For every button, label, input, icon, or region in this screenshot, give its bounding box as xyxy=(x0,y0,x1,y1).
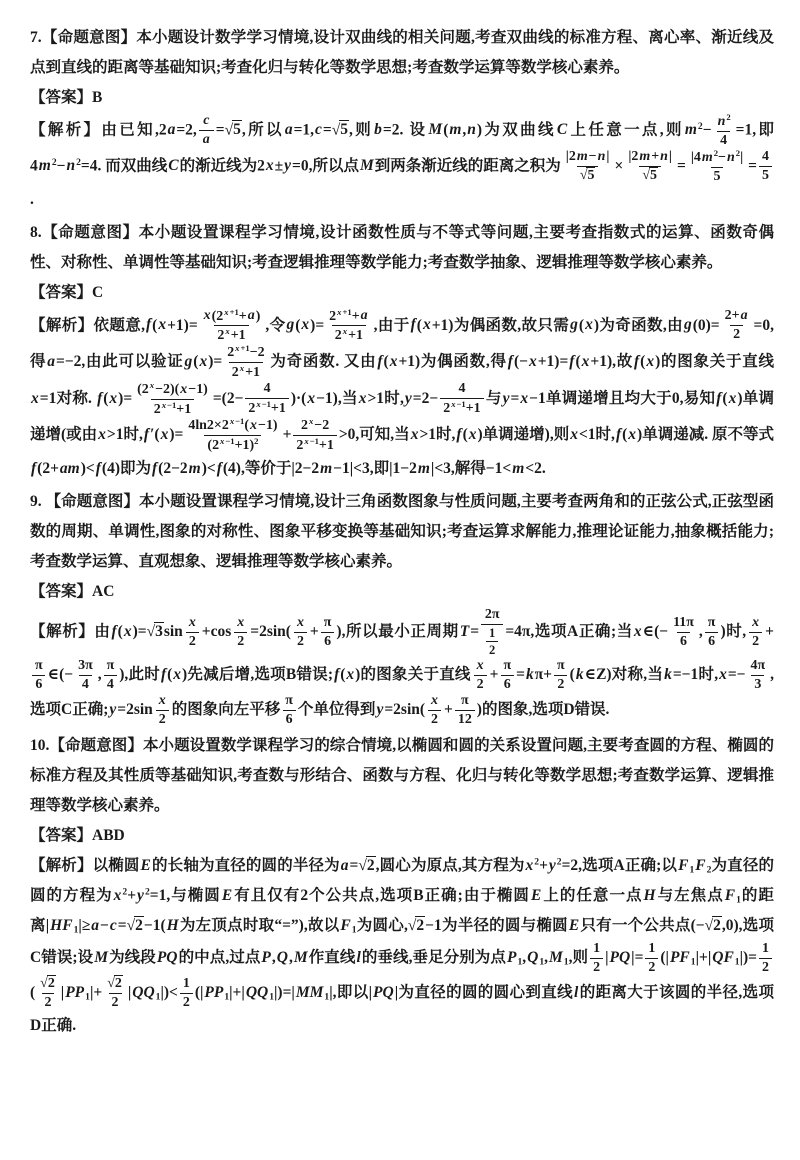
math-variable: M xyxy=(548,949,564,966)
fraction: π6 xyxy=(282,693,296,728)
fraction-denominator: 2 xyxy=(428,710,441,728)
fraction: x2 xyxy=(185,615,200,650)
math-variable: x xyxy=(161,400,167,410)
math-variable: f xyxy=(633,353,640,370)
fraction: 2x+1−22x+1 xyxy=(224,344,267,381)
math-variable: m xyxy=(188,460,202,477)
subscript: 1 xyxy=(736,894,741,905)
sqrt-expression: √2 xyxy=(358,856,375,874)
superscript: 2 xyxy=(736,148,740,158)
math-variable: g xyxy=(569,316,579,333)
math-variable: x xyxy=(203,308,212,323)
math-variable: a xyxy=(284,121,294,138)
math-variable: Q xyxy=(526,949,539,966)
math-variable: f xyxy=(376,353,383,370)
fraction-denominator: 2 xyxy=(474,675,487,693)
radical-icon: √ xyxy=(705,917,713,934)
fraction-numerator: 2π xyxy=(482,607,503,624)
fraction-denominator: 2 xyxy=(730,325,743,343)
fraction-denominator: √5 xyxy=(577,166,599,184)
fraction-numerator: (2x−2)(x−1) xyxy=(134,381,211,399)
fraction-denominator: 2 xyxy=(186,632,199,650)
math-variable: y xyxy=(136,887,145,904)
math-variable: x xyxy=(255,399,261,409)
fraction-denominator: 3 xyxy=(751,675,764,693)
subscript: 1 xyxy=(85,991,90,1002)
fraction: 3π4 xyxy=(75,658,96,693)
math-variable: m xyxy=(701,150,714,165)
fraction: 4π3 xyxy=(748,658,769,693)
math-variable: x xyxy=(296,615,305,630)
math-variable: x xyxy=(123,623,133,640)
radicand: 5 xyxy=(586,167,595,183)
superscript: x−1 xyxy=(450,399,466,409)
math-variable: PQ xyxy=(156,949,179,966)
subscript: 1 xyxy=(691,956,696,967)
fraction: 12 xyxy=(180,976,193,1011)
fraction: π6 xyxy=(705,615,719,650)
math-variable: T xyxy=(459,623,470,640)
fraction-numerator: 2x+1−2 xyxy=(224,344,267,362)
math-variable: y xyxy=(283,157,292,174)
math-variable: x xyxy=(223,307,229,317)
radical-icon: √ xyxy=(642,168,649,183)
radical-icon: √ xyxy=(358,857,366,874)
math-variable: x xyxy=(718,666,728,683)
math-variable: n xyxy=(717,114,727,129)
fraction-denominator: 2x−1+1 xyxy=(245,398,288,417)
math-variable: MM xyxy=(295,984,325,1001)
math-variable: x xyxy=(160,426,170,443)
math-variable: C xyxy=(556,121,568,138)
math-variable: f xyxy=(145,316,152,333)
fraction: |2m−n|√5 xyxy=(563,149,613,184)
math-variable: f xyxy=(216,460,223,477)
math-variable: x xyxy=(633,623,643,640)
fraction-denominator: 6 xyxy=(321,632,334,650)
fraction-numerator: π xyxy=(104,658,118,675)
sqrt-expression: √5 xyxy=(332,120,349,138)
math-variable: m xyxy=(38,157,52,174)
math-variable: x xyxy=(751,615,760,630)
math-variable: a xyxy=(46,353,56,370)
math-variable: f xyxy=(30,460,37,477)
fraction-denominator: 4 xyxy=(79,675,92,693)
math-variable: x xyxy=(219,436,225,446)
math-variable: E xyxy=(568,917,580,934)
superscript: x xyxy=(308,416,314,426)
fraction: 2+a2 xyxy=(722,308,752,343)
math-variable: f xyxy=(507,353,514,370)
sqrt-expression: √3 xyxy=(147,622,164,640)
math-variable: F xyxy=(724,887,736,904)
fraction: n24 xyxy=(714,113,734,149)
fraction-numerator: |2m−n| xyxy=(563,149,613,166)
math-variable: x xyxy=(239,363,245,373)
fraction-numerator: √2 xyxy=(104,976,126,993)
math-variable: f xyxy=(455,426,462,443)
math-variable: m xyxy=(684,121,698,138)
math-variable: x xyxy=(627,426,637,443)
sqrt-expression: √5 xyxy=(642,167,658,183)
fraction-numerator: π xyxy=(32,658,46,675)
superscript: 2 xyxy=(122,887,127,898)
fraction-denominator: 12 xyxy=(455,710,475,728)
math-variable: y xyxy=(548,857,557,874)
math-variable: x xyxy=(306,390,316,407)
math-variable: k xyxy=(525,666,535,683)
fraction-numerator: x xyxy=(473,658,488,675)
fraction-denominator: 5 xyxy=(711,167,724,185)
radicand: 2 xyxy=(114,975,123,991)
math-variable: m xyxy=(319,460,333,477)
subscript: 1 xyxy=(735,956,740,967)
radicand: 3 xyxy=(154,622,164,640)
math-variable: l xyxy=(355,949,361,966)
superscript: x−1 xyxy=(255,399,271,409)
math-variable: f xyxy=(95,460,102,477)
fraction-denominator: 2 xyxy=(759,958,772,976)
fraction-numerator: 2+a xyxy=(722,308,752,325)
math-variable: f xyxy=(568,353,575,370)
math-variable: y xyxy=(108,701,117,718)
math-variable: P xyxy=(506,949,517,966)
fraction-numerator: 1 xyxy=(590,941,603,958)
fraction: x2 xyxy=(473,658,488,693)
superscript: 2 xyxy=(726,112,730,122)
math-variable: x xyxy=(422,316,432,333)
fraction-numerator: 4π xyxy=(748,658,769,675)
radical-icon: √ xyxy=(147,623,155,640)
math-variable: x xyxy=(30,390,40,407)
superscript: 2 xyxy=(714,148,718,158)
fraction-denominator: 2x−1+1 xyxy=(440,398,483,417)
math-variable: x xyxy=(525,857,535,874)
math-variable: a xyxy=(340,857,350,874)
fraction-denominator: (2x−1+1)2 xyxy=(204,435,261,454)
sqrt-expression: √2 xyxy=(705,916,722,934)
math-variable: H xyxy=(643,887,657,904)
radical-icon: √ xyxy=(225,121,233,138)
paragraph-q9-answer: 【答案】AC xyxy=(30,577,774,607)
fraction-denominator: 6 xyxy=(501,675,514,693)
math-variable: y xyxy=(404,390,413,407)
fraction-denominator: 2 xyxy=(109,993,122,1011)
paragraph-q10-answer: 【答案】ABD xyxy=(30,821,774,851)
math-variable: M xyxy=(93,949,109,966)
math-variable: a xyxy=(360,308,369,323)
fraction: 2π12 xyxy=(481,607,503,658)
math-variable: y xyxy=(502,390,511,407)
subscript: 1 xyxy=(156,991,161,1002)
fraction: 4ln2×2x−1(x−1)(2x−1+1)2 xyxy=(185,417,280,454)
fraction-numerator: 2x+1+a xyxy=(326,308,371,326)
fraction: 12 xyxy=(645,941,658,976)
math-variable: a xyxy=(167,121,177,138)
math-variable: PP xyxy=(64,984,85,1001)
math-variable: x xyxy=(108,390,118,407)
fraction: 12 xyxy=(486,626,498,658)
math-variable: QQ xyxy=(131,984,155,1001)
superscript: x+1 xyxy=(336,307,352,317)
math-variable: f xyxy=(715,390,722,407)
radicand: 5 xyxy=(232,120,242,138)
fraction-numerator: x xyxy=(233,615,248,632)
superscript: x xyxy=(239,363,245,373)
paragraph-q9-analysis: 【解析】由f(x)=√3sinx2+cosx2=2sin(x2+π6),所以最小… xyxy=(30,607,774,728)
fraction-numerator: π xyxy=(500,658,514,675)
fraction: x2 xyxy=(155,693,170,728)
fraction-denominator: 2 xyxy=(554,675,567,693)
math-variable: Q xyxy=(276,949,289,966)
math-variable: f xyxy=(143,426,150,443)
subscript: 1 xyxy=(224,991,229,1002)
fraction-numerator: x xyxy=(427,693,442,710)
radical-icon: √ xyxy=(40,976,47,991)
paragraph-q7-analysis: 【解析】由已知,2a=2,ca=√5,所以a=1,c=√5,则b=2. 设M(m… xyxy=(30,113,774,215)
math-variable: f xyxy=(333,666,340,683)
fraction-denominator: 5 xyxy=(759,166,772,184)
fraction: 12 xyxy=(590,941,603,976)
fraction: ca xyxy=(199,113,214,148)
fraction-numerator: 1 xyxy=(180,976,193,993)
fraction-numerator: 4 xyxy=(455,381,468,398)
fraction-numerator: 3π xyxy=(75,658,96,675)
sqrt-expression: √5 xyxy=(580,167,596,183)
fraction-numerator: π xyxy=(458,693,472,710)
fraction-numerator: √2 xyxy=(37,976,59,993)
fraction-denominator: 6 xyxy=(32,675,45,693)
math-variable: g xyxy=(184,353,194,370)
paragraph-q7-intent: 7.【命题意图】本小题设计数学学习情境,设计双曲线的相关问题,考查双曲线的标准方… xyxy=(30,23,774,83)
radicand: 5 xyxy=(649,167,658,183)
superscript: x+1 xyxy=(223,307,239,317)
superscript: 2 xyxy=(145,887,150,898)
fraction: |2m+n|√5 xyxy=(625,149,675,184)
sqrt-expression: √2 xyxy=(107,975,123,991)
math-variable: x xyxy=(468,426,478,443)
fraction: (2x−2)(x−1)2x−1+1 xyxy=(134,381,211,418)
math-variable: HF xyxy=(49,917,73,934)
math-variable: x xyxy=(236,615,245,630)
math-variable: n xyxy=(65,157,76,174)
superscript: 2 xyxy=(52,157,57,168)
fraction: π6 xyxy=(500,658,514,693)
paragraph-q7-answer: 【答案】B xyxy=(30,83,774,113)
math-variable: b xyxy=(373,121,383,138)
document-content: 7.【命题意图】本小题设计数学学习情境,设计双曲线的相关问题,考查双曲线的标准方… xyxy=(30,23,774,1041)
math-variable: x xyxy=(149,380,155,390)
fraction-denominator: 2 xyxy=(294,632,307,650)
math-variable: c xyxy=(109,917,118,934)
math-variable: x xyxy=(229,416,235,426)
superscript: x−1 xyxy=(219,436,235,446)
fraction-numerator: 4ln2×2x−1(x−1) xyxy=(185,417,280,435)
math-variable: l xyxy=(573,984,579,1001)
math-variable: H xyxy=(166,917,180,934)
fraction-denominator: 2 xyxy=(42,993,55,1011)
superscript: x xyxy=(149,380,155,390)
fraction-numerator: 2x−2 xyxy=(298,417,332,435)
math-variable: a xyxy=(202,132,211,147)
fraction: 11π6 xyxy=(670,615,697,650)
fraction-numerator: x xyxy=(748,615,763,632)
math-variable: E xyxy=(530,887,542,904)
fraction-denominator: 2 xyxy=(645,958,658,976)
radicand: 5 xyxy=(339,120,349,138)
fraction: π12 xyxy=(455,693,475,728)
math-variable: x xyxy=(300,316,310,333)
superscript: x xyxy=(224,326,230,336)
fraction-numerator: x xyxy=(155,693,170,710)
fraction-numerator: n2 xyxy=(714,113,734,131)
paragraph-q8-answer: 【答案】C xyxy=(30,278,774,308)
subscript: 1 xyxy=(352,924,357,935)
fraction-denominator: 2x−1+1 xyxy=(151,399,194,418)
sqrt-expression: √5 xyxy=(225,120,242,138)
math-variable: x xyxy=(308,416,314,426)
fraction-denominator: 6 xyxy=(705,632,718,650)
math-variable: PP xyxy=(203,984,224,1001)
paragraph-q8-analysis: 【解析】依题意,f(x+1)=x(2x+1+a)2x+1,令g(x)=2x+1+… xyxy=(30,308,774,484)
superscript: x−1 xyxy=(303,436,319,446)
subscript: 1 xyxy=(517,956,522,967)
math-variable: x xyxy=(179,382,188,397)
math-variable: PF xyxy=(669,949,691,966)
fraction: 2x−22x−1+1 xyxy=(293,417,336,454)
math-variable: m xyxy=(638,149,651,164)
math-variable: n xyxy=(726,150,736,165)
subscript: 2 xyxy=(707,864,712,875)
math-variable: x xyxy=(157,316,167,333)
fraction-numerator: π xyxy=(282,693,296,710)
fraction-numerator: 1 xyxy=(486,626,498,641)
math-variable: x xyxy=(476,658,485,673)
math-variable: f xyxy=(160,666,167,683)
math-variable: PQ xyxy=(372,984,395,1001)
math-variable: x xyxy=(265,157,275,174)
math-variable: x xyxy=(581,353,591,370)
fraction: 42x−1+1 xyxy=(245,381,288,417)
superscript: x−1 xyxy=(161,400,177,410)
math-variable: c xyxy=(202,113,210,128)
math-variable: x xyxy=(336,307,342,317)
fraction-denominator: 2 xyxy=(590,958,603,976)
math-variable: x xyxy=(569,426,579,443)
fraction-numerator: c xyxy=(199,113,213,130)
math-variable: PQ xyxy=(609,949,632,966)
superscript: 2 xyxy=(698,121,703,132)
math-variable: f xyxy=(151,460,158,477)
fraction: x2 xyxy=(748,615,763,650)
math-variable: k xyxy=(663,666,673,683)
math-variable: am xyxy=(59,460,81,477)
superscript: 2 xyxy=(534,857,539,868)
radicand: 2 xyxy=(712,916,722,934)
math-variable: x xyxy=(224,326,230,336)
math-variable: x xyxy=(198,353,208,370)
paragraph-q8-intent: 8.【命题意图】本小题设置课程学习情境,设计函数性质与不等式等问题,主要考查指数… xyxy=(30,218,774,278)
math-variable: g xyxy=(286,316,296,333)
fraction-numerator: |2m+n| xyxy=(625,149,675,166)
math-variable: x xyxy=(410,426,420,443)
fraction-numerator: |4m2−n2| xyxy=(688,149,746,167)
superscript: x xyxy=(342,326,348,336)
paragraph-q9-intent: 9. 【命题意图】本小题设置课程学习情境,设计三角函数图象与性质问题,主要考查两… xyxy=(30,487,774,577)
radical-icon: √ xyxy=(107,976,114,991)
math-variable: x xyxy=(450,399,456,409)
superscript: 2 xyxy=(557,857,562,868)
math-variable: a xyxy=(247,308,256,323)
fraction-denominator: 2 xyxy=(180,993,193,1011)
math-variable: x xyxy=(389,353,399,370)
fraction: π2 xyxy=(554,658,568,693)
superscript: x+1 xyxy=(234,343,250,353)
radical-icon: √ xyxy=(127,917,135,934)
math-bold-symbol: Z xyxy=(596,666,606,683)
fraction-numerator: 11π xyxy=(670,615,697,632)
math-variable: E xyxy=(221,887,233,904)
fraction: √22 xyxy=(104,976,126,1011)
math-variable: C xyxy=(167,157,179,174)
math-variable: x xyxy=(519,390,529,407)
fraction-denominator: 6 xyxy=(283,710,296,728)
math-variable: x xyxy=(113,887,123,904)
superscript: x−1 xyxy=(229,416,245,426)
math-variable: x xyxy=(430,693,439,708)
fraction-numerator: x xyxy=(293,615,308,632)
math-variable: x xyxy=(249,418,258,433)
math-variable: F xyxy=(339,917,351,934)
math-variable: M xyxy=(427,121,443,138)
fraction: √22 xyxy=(37,976,59,1011)
subscript: 1 xyxy=(269,991,274,1002)
math-variable: x xyxy=(303,436,309,446)
fraction-denominator: 2x+1 xyxy=(229,362,263,381)
fraction-denominator: 2 xyxy=(156,710,169,728)
math-variable: f xyxy=(110,623,117,640)
radicand: 2 xyxy=(134,916,144,934)
fraction-denominator: 4 xyxy=(104,675,117,693)
math-variable: F xyxy=(694,857,706,874)
radicand: 2 xyxy=(415,916,425,934)
fraction-numerator: π xyxy=(705,615,719,632)
document-page: 7.【命题意图】本小题设计数学学习情境,设计双曲线的相关问题,考查双曲线的标准方… xyxy=(0,0,800,1160)
math-variable: x xyxy=(528,353,538,370)
sqrt-expression: √2 xyxy=(40,975,56,991)
paragraph-q10-analysis: 【解析】以椭圆E的长轴为直径的圆的半径为a=√2,圆心为原点,其方程为x2+y2… xyxy=(30,851,774,1041)
math-variable: f xyxy=(615,426,622,443)
fraction: |4m2−n2|5 xyxy=(688,149,746,185)
radicand: 2 xyxy=(47,975,56,991)
fraction-numerator: x(2x+1+a) xyxy=(200,308,264,326)
math-variable: QQ xyxy=(245,984,269,1001)
radicand: 2 xyxy=(366,856,376,874)
fraction: π4 xyxy=(104,658,118,693)
math-variable: x xyxy=(97,426,107,443)
fraction-denominator: 6 xyxy=(677,632,690,650)
math-variable: c xyxy=(314,121,323,138)
math-variable: a xyxy=(90,917,100,934)
fraction-denominator: 2 xyxy=(749,632,762,650)
fraction-denominator: 2 xyxy=(486,641,498,657)
fraction-numerator: 4 xyxy=(759,149,772,166)
math-variable: QF xyxy=(711,949,735,966)
fraction-denominator: 2x+1 xyxy=(332,325,366,344)
math-variable: g xyxy=(683,316,693,333)
math-variable: a xyxy=(740,308,749,323)
sqrt-expression: √2 xyxy=(408,916,425,934)
